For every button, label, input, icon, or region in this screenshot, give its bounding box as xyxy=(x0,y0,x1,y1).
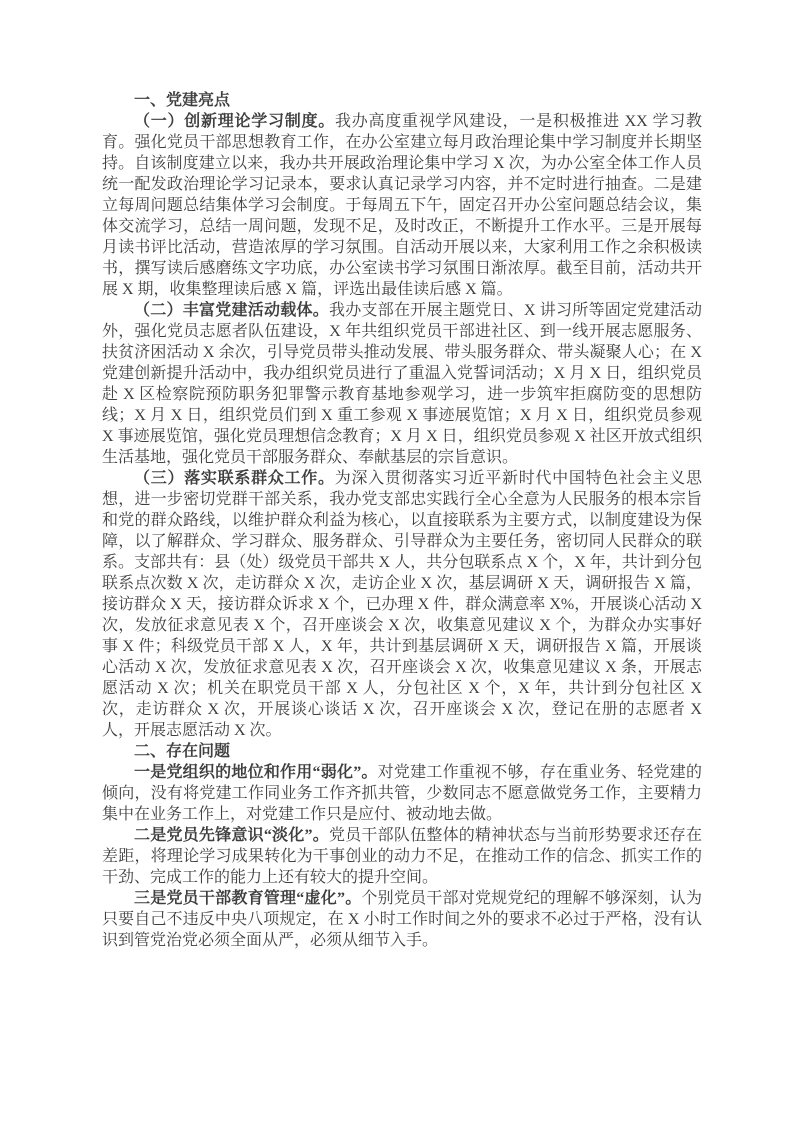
paragraph-mass-contact-work: （三）落实联系群众工作。为深入贯彻落实习近平新时代中国特色社会主义思想，进一步密… xyxy=(102,468,702,741)
paragraph-problem-hollowing: 三是党员干部教育管理“虚化”。个别党员干部对党规党纪的理解不够深刻，认为只要自己… xyxy=(102,888,702,951)
paragraph-enrich-activity-carriers: （二）丰富党建活动载体。我办支部在开展主题党日、X 讲习所等固定党建活动外，强化… xyxy=(102,300,702,468)
paragraph-body: 我办高度重视学风建设，一是积极推进 XX 学习教育。强化党员干部思想教育工作，在… xyxy=(102,113,702,298)
section-heading-existing-problems: 二、存在问题 xyxy=(102,741,702,762)
document-page: 一、党建亮点 （一）创新理论学习制度。我办高度重视学风建设，一是积极推进 XX … xyxy=(0,0,793,1122)
paragraph-lead: 二是党员先锋意识“淡化”。 xyxy=(134,827,329,844)
paragraph-innovate-theory-study: （一）创新理论学习制度。我办高度重视学风建设，一是积极推进 XX 学习教育。强化… xyxy=(102,111,702,300)
paragraph-body: 为深入贯彻落实习近平新时代中国特色社会主义思想，进一步密切党群干部关系，我办党支… xyxy=(102,470,702,739)
paragraph-body: 我办支部在开展主题党日、X 讲习所等固定党建活动外，强化党员志愿者队伍建设，X … xyxy=(102,302,702,466)
paragraph-problem-weakening: 一是党组织的地位和作用“弱化”。对党建工作重视不够，存在重业务、轻党建的倾向，没… xyxy=(102,762,702,825)
paragraph-lead: 三是党员干部教育管理“虚化”。 xyxy=(134,890,361,907)
paragraph-lead: 一是党组织的地位和作用“弱化”。 xyxy=(134,764,378,781)
paragraph-problem-fading: 二是党员先锋意识“淡化”。党员干部队伍整体的精神状态与当前形势要求还存在差距，将… xyxy=(102,825,702,888)
section-heading-party-building-highlights: 一、党建亮点 xyxy=(102,90,702,111)
paragraph-lead: （三）落实联系群众工作。 xyxy=(134,470,335,487)
paragraph-lead: （二）丰富党建活动载体。 xyxy=(134,302,329,319)
paragraph-lead: （一）创新理论学习制度。 xyxy=(134,113,335,130)
document-body: 一、党建亮点 （一）创新理论学习制度。我办高度重视学风建设，一是积极推进 XX … xyxy=(102,90,702,951)
